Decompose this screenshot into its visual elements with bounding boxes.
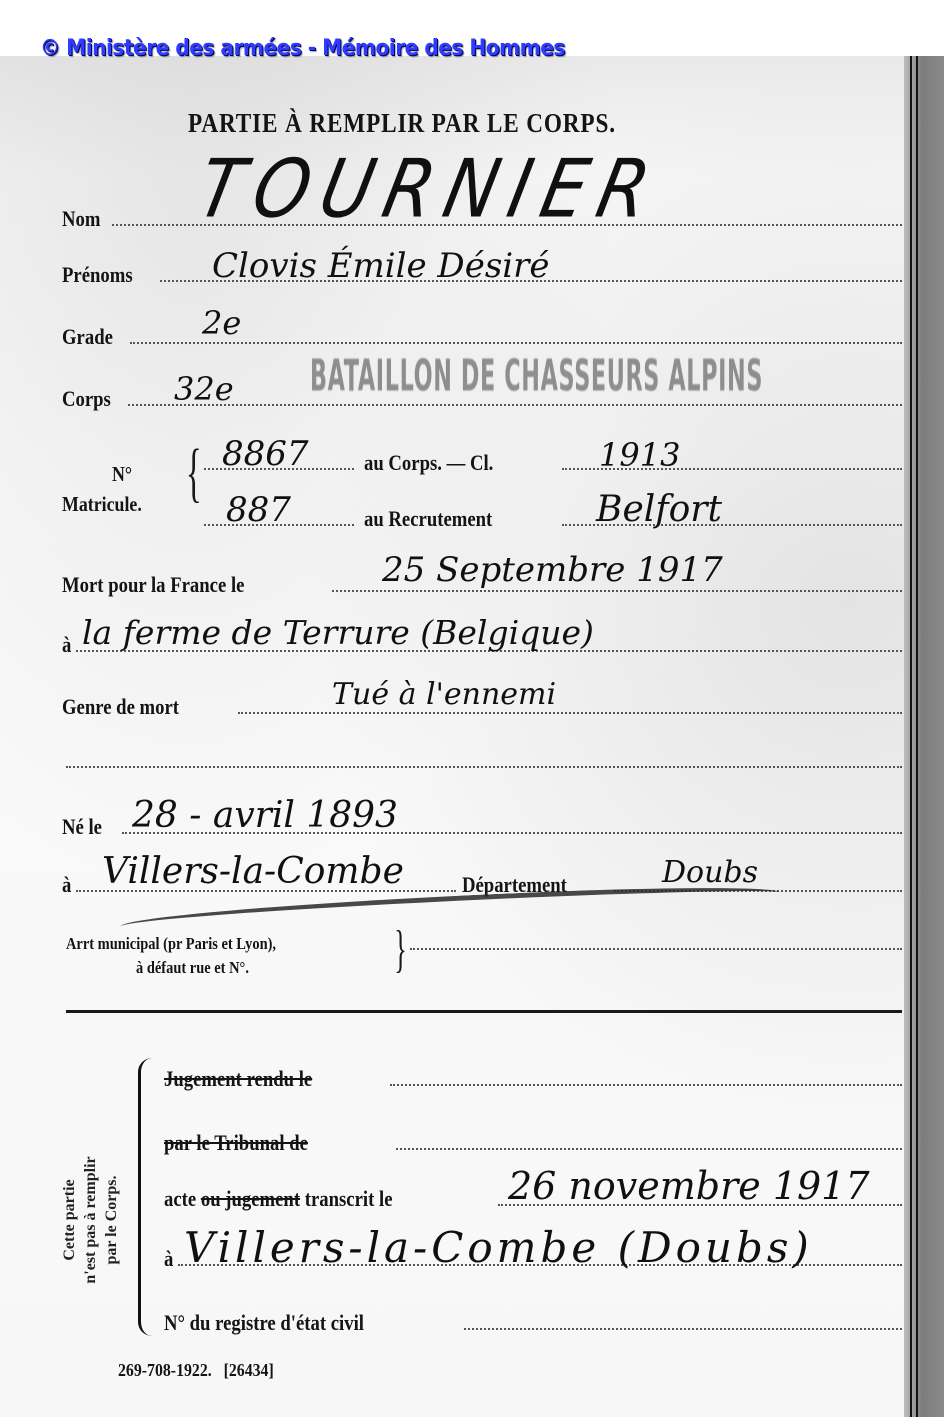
- field-ne-le: Né le 28 - avril 1893: [62, 800, 902, 840]
- classe-value: 1913: [599, 436, 680, 474]
- field-nom: Nom TOURNIER: [62, 192, 902, 232]
- matricule-recrutement-number: 887: [226, 490, 291, 530]
- field-grade: Grade 2e: [62, 310, 902, 350]
- field-jugement: Jugement rendu le: [164, 1052, 902, 1092]
- acte-struck-text: ou jugement: [201, 1186, 300, 1211]
- print-reference: 269-708-1922. [26434]: [118, 1360, 274, 1381]
- corps-dotted-line: [128, 404, 902, 406]
- mort-lieu-label: à: [62, 632, 71, 658]
- prenoms-label: Prénoms: [62, 262, 133, 288]
- field-blank-line: [62, 734, 902, 774]
- acte-lieu-label: à: [164, 1246, 173, 1272]
- grade-dotted-line: [130, 342, 902, 344]
- batch-number: [26434]: [224, 1360, 274, 1380]
- acte-suffix: transcrit le: [305, 1186, 393, 1211]
- copyright-watermark: © Ministère des armées - Mémoire des Hom…: [40, 36, 565, 61]
- field-mort-date: Mort pour la France le 25 Septembre 1917: [62, 558, 902, 598]
- field-tribunal: par le Tribunal de: [164, 1116, 902, 1156]
- print-ref: 269-708-1922.: [118, 1360, 212, 1380]
- acte-label-group: acte ou jugement transcrit le: [164, 1186, 392, 1212]
- side-note-line2: n'est pas à remplir: [81, 1100, 102, 1340]
- form-title: PARTIE À REMPLIR PAR LE CORPS.: [188, 108, 616, 139]
- field-genre-mort: Genre de mort Tué à l'ennemi: [62, 680, 902, 720]
- recrutement-place: Belfort: [596, 489, 722, 530]
- side-note: Cette partie n'est pas à remplir par le …: [60, 1100, 150, 1340]
- au-recrutement-label: au Recrutement: [364, 506, 492, 532]
- field-mort-lieu: à la ferme de Terrure (Belgique): [62, 618, 902, 658]
- ne-le-value: 28 - avril 1893: [132, 795, 398, 836]
- side-note-line1: Cette partie: [60, 1100, 81, 1340]
- field-matricule-recrutement: 887 au Recrutement Belfort: [204, 492, 902, 532]
- acte-date-value: 26 novembre 1917: [508, 1164, 870, 1208]
- section-divider: [66, 1010, 902, 1013]
- mort-lieu-value: la ferme de Terrure (Belgique): [82, 613, 594, 652]
- mort-date-value: 25 Septembre 1917: [382, 550, 723, 590]
- matricule-brace: {: [186, 440, 202, 506]
- mort-date-dotted-line: [332, 590, 902, 592]
- tribunal-label: par le Tribunal de: [164, 1130, 308, 1156]
- arrondissement-dotted-line: [410, 948, 902, 950]
- field-prenoms: Prénoms Clovis Émile Désiré: [62, 248, 902, 288]
- grade-value: 2e: [202, 304, 241, 342]
- page-edge-shadow: [904, 56, 944, 1417]
- unit-stamp: BATAILLON DE CHASSEURS ALPINS: [310, 352, 763, 401]
- nom-label: Nom: [62, 206, 100, 232]
- matricule-label-line2: Matricule.: [62, 492, 142, 517]
- genre-mort-value: Tué à l'ennemi: [332, 677, 556, 712]
- registre-label: N° du registre d'état civil: [164, 1310, 364, 1336]
- section-brace: [138, 1058, 157, 1336]
- acte-prefix: acte: [164, 1186, 196, 1211]
- side-note-line3: par le Corps.: [102, 1100, 123, 1340]
- arrondissement-label-line2: à défaut rue et N°.: [136, 958, 249, 978]
- jugement-label: Jugement rendu le: [164, 1066, 312, 1092]
- arrondissement-brace: }: [394, 924, 406, 976]
- departement-value: Doubs: [662, 855, 758, 890]
- jugement-dotted-line: [390, 1084, 902, 1086]
- ne-lieu-value: Villers-la-Combe: [102, 851, 404, 892]
- arrondissement-label-line1: Arrt municipal (pr Paris et Lyon),: [66, 934, 276, 954]
- matricule-label-line1: N°: [112, 462, 132, 487]
- field-acte-lieu: à Villers-la-Combe (Doubs): [164, 1232, 902, 1272]
- mort-date-label: Mort pour la France le: [62, 572, 244, 598]
- au-corps-classe-label: au Corps. — Cl.: [364, 450, 493, 476]
- blank-dotted-line: [66, 766, 902, 768]
- field-matricule-corps: 8867 au Corps. — Cl. 1913: [204, 436, 902, 476]
- field-registre: N° du registre d'état civil: [164, 1296, 902, 1336]
- matricule-corps-number: 8867: [222, 434, 309, 474]
- ne-lieu-label: à: [62, 872, 71, 898]
- registre-dotted-line: [464, 1328, 902, 1330]
- field-acte: acte ou jugement transcrit le 26 novembr…: [164, 1172, 902, 1212]
- prenoms-value: Clovis Émile Désiré: [212, 246, 550, 286]
- acte-lieu-value: Villers-la-Combe (Doubs): [184, 1223, 813, 1272]
- genre-mort-label: Genre de mort: [62, 694, 179, 720]
- grade-label: Grade: [62, 324, 113, 350]
- genre-mort-dotted-line: [238, 712, 902, 714]
- ne-le-label: Né le: [62, 814, 102, 840]
- corps-value: 32e: [174, 370, 234, 408]
- nom-value: TOURNIER: [190, 142, 670, 236]
- corps-label: Corps: [62, 386, 111, 412]
- tribunal-dotted-line: [396, 1148, 902, 1150]
